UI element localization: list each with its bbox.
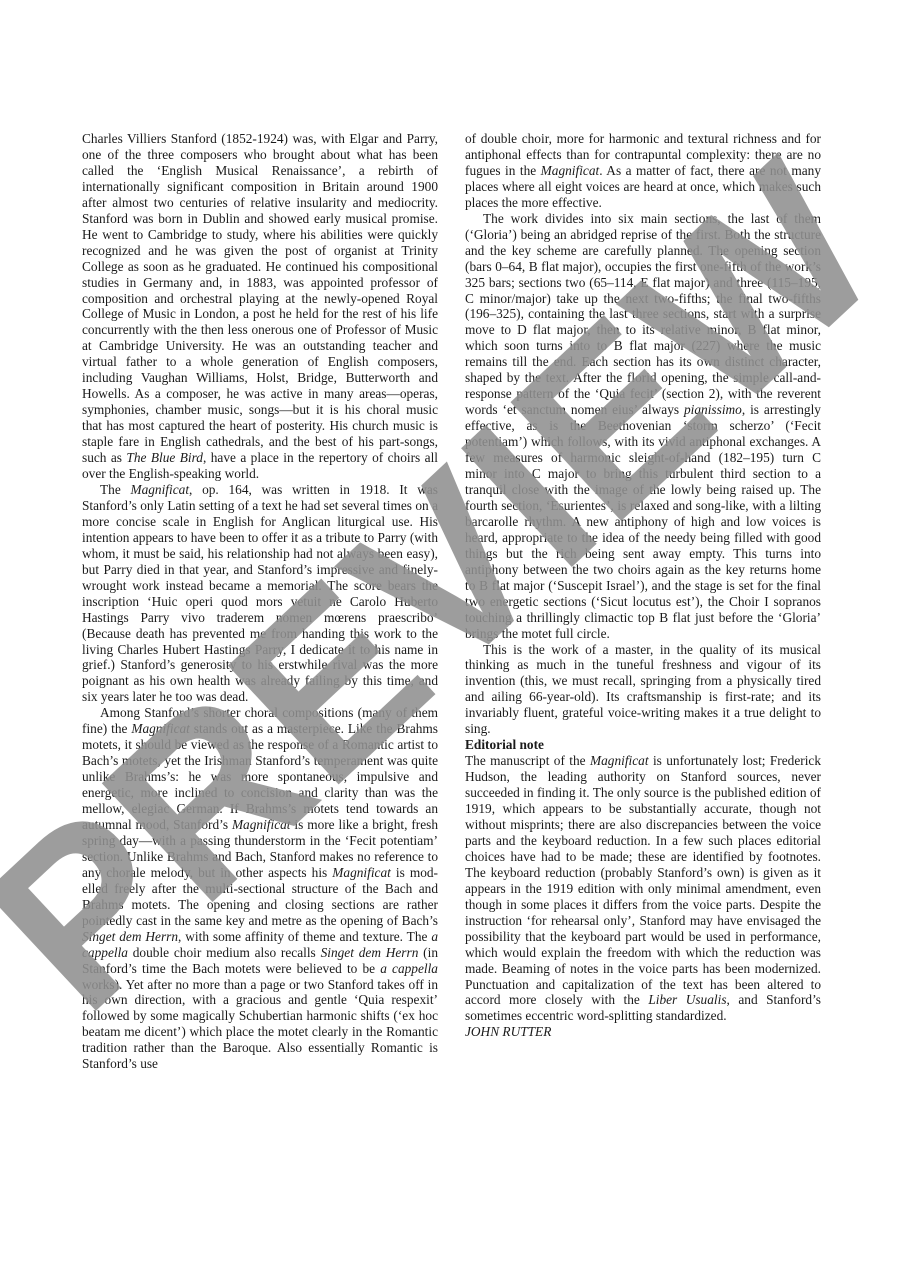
- paragraph-magnificat-history: The Magnificat, op. 164, was written in …: [82, 482, 438, 705]
- paragraph-master-work: This is the work of a master, in the qua…: [465, 642, 821, 738]
- italic-title: Liber Usualis: [648, 992, 726, 1007]
- author-signature: JOHN RUTTER: [465, 1024, 821, 1040]
- editorial-note-body: The manuscript of the Magnificat is unfo…: [465, 753, 821, 1024]
- italic-title: Singet dem Herrn: [82, 929, 178, 944]
- italic-title: The Blue Bird: [126, 450, 203, 465]
- italic-title: Magnificat: [590, 753, 649, 768]
- paragraph-intro: Charles Villiers Stanford (1852-1924) wa…: [82, 131, 438, 482]
- italic-title: pianissimo: [684, 402, 742, 417]
- italic-title: Magnificat: [232, 817, 291, 832]
- editorial-note-heading: Editorial note: [465, 737, 821, 753]
- right-column: of double choir, more for harmonic and t…: [465, 131, 821, 1040]
- left-column: Charles Villiers Stanford (1852-1924) wa…: [82, 131, 438, 1072]
- italic-title: Magnificat: [332, 865, 391, 880]
- italic-title: Magnificat: [130, 482, 189, 497]
- paragraph-brahms-comparison: Among Stanford’s shorter choral composit…: [82, 705, 438, 1072]
- italic-title: Singet dem Herrn: [321, 945, 419, 960]
- italic-title: a cappella: [380, 961, 438, 976]
- italic-title: Magnificat: [541, 163, 600, 178]
- paragraph-double-choir: of double choir, more for harmonic and t…: [465, 131, 821, 211]
- italic-title: Magnificat: [131, 721, 190, 736]
- paragraph-structure: The work divides into six main sections,…: [465, 211, 821, 642]
- document-page: Charles Villiers Stanford (1852-1924) wa…: [0, 0, 900, 1273]
